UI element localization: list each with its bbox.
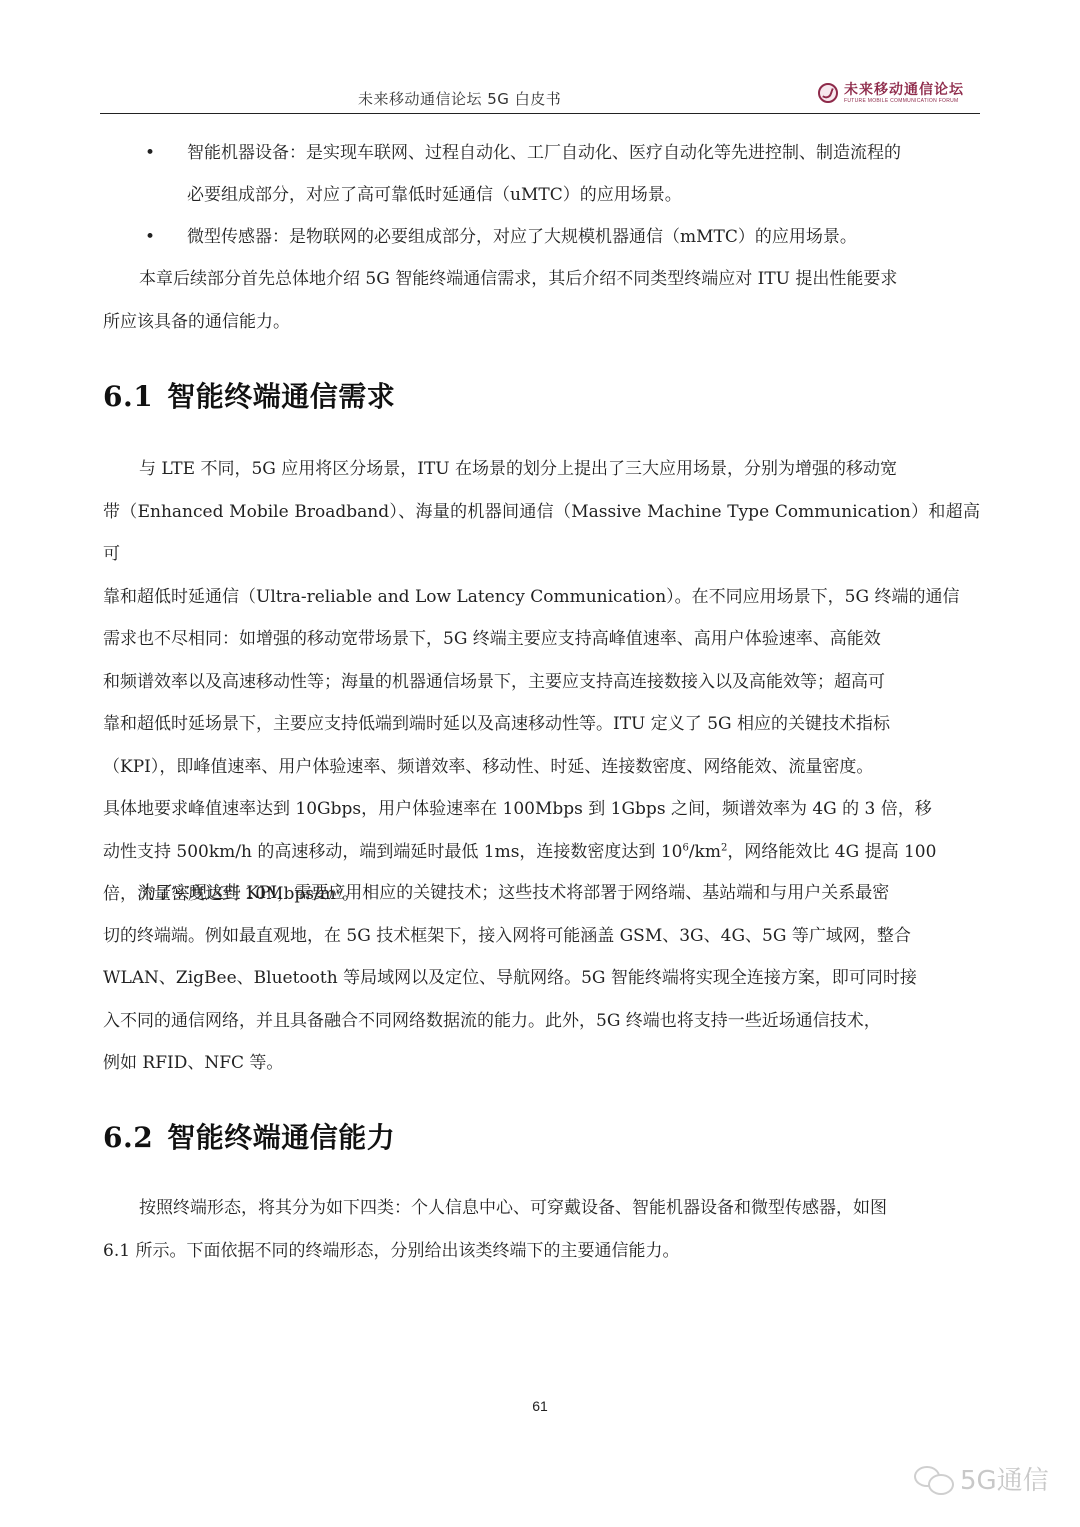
intro-paragraph: 本章后续部分首先总体地介绍 5G 智能终端通信需求，其后介绍不同类型终端应对 I… (103, 258, 980, 343)
document-page: 未来移动通信论坛 5G 白皮书 未来移动通信论坛 FUTURE MOBILE C… (0, 0, 1080, 1527)
paragraph-line: 具体地要求峰值速率达到 10Gbps，用户体验速率在 100Mbps 到 1Gb… (103, 788, 980, 831)
bullet-line: 智能机器设备：是实现车联网、过程自动化、工厂自动化、医疗自动化等先进控制、制造流… (187, 132, 980, 175)
header-divider (100, 113, 980, 114)
line-text: 与 LTE 不同，5G 应用将区分场景，ITU 在场景的划分上提出了三大应用场景… (139, 459, 897, 479)
paragraph-line: 为了实现这些 KPI，需要应用相应的关键技术；这些技术将部署于网络端、基站端和与… (103, 872, 980, 915)
wechat-watermark: 5G通信 (912, 1460, 1049, 1497)
section-heading-6-2: 6.2智能终端通信能力 (103, 1116, 395, 1156)
section-6-1-paragraph-2: 为了实现这些 KPI，需要应用相应的关键技术；这些技术将部署于网络端、基站端和与… (103, 872, 980, 1085)
paragraph-line: 入不同的通信网络，并且具备融合不同网络数据流的能力。此外，5G 终端也将支持一些… (103, 1000, 980, 1043)
page-number: 61 (0, 1398, 1080, 1414)
paragraph-line: 6.1 所示。下面依据不同的终端形态，分别给出该类终端下的主要通信能力。 (103, 1230, 980, 1273)
paragraph-line: 靠和超低时延通信（Ultra-reliable and Low Latency … (103, 576, 980, 619)
section-heading-6-1: 6.1智能终端通信需求 (103, 375, 395, 415)
paragraph-line: 切的终端端。例如最直观地，在 5G 技术框架下，接入网将可能涵盖 GSM、3G、… (103, 915, 980, 958)
forum-logo-name-en: FUTURE MOBILE COMMUNICATION FORUM (844, 99, 964, 104)
paragraph-line: 带（Enhanced Mobile Broadband）、海量的机器间通信（Ma… (103, 491, 980, 576)
section-title: 智能终端通信需求 (167, 380, 395, 413)
line-text: 动性支持 500km/h 的高速移动，端到端延时最低 1ms，连接数密度达到 1… (103, 842, 682, 862)
watermark-text: 5G通信 (960, 1460, 1049, 1497)
paragraph-line: 与 LTE 不同，5G 应用将区分场景，ITU 在场景的划分上提出了三大应用场景… (103, 448, 980, 491)
paragraph-line: 和频谱效率以及高速移动性等；海量的机器通信场景下，主要应支持高连接数接入以及高能… (103, 661, 980, 704)
paragraph-line: 需求也不尽相同：如增强的移动宽带场景下，5G 终端主要应支持高峰值速率、高用户体… (103, 618, 980, 661)
section-number: 6.1 (103, 380, 153, 413)
bullet-line: 微型传感器：是物联网的必要组成部分，对应了大规模机器通信（mMTC）的应用场景。 (187, 216, 980, 259)
running-header-title: 未来移动通信论坛 5G 白皮书 (358, 88, 561, 109)
paragraph-line: （KPI），即峰值速率、用户体验速率、频谱效率、移动性、时延、连接数密度、网络能… (103, 746, 980, 789)
forum-logo-text: 未来移动通信论坛 FUTURE MOBILE COMMUNICATION FOR… (844, 83, 964, 104)
section-6-1-paragraph-1: 与 LTE 不同，5G 应用将区分场景，ITU 在场景的划分上提出了三大应用场景… (103, 448, 980, 916)
paragraph-line: 例如 RFID、NFC 等。 (103, 1042, 980, 1085)
line-text: 为了实现这些 KPI，需要应用相应的关键技术；这些技术将部署于网络端、基站端和与… (139, 883, 889, 903)
paragraph-line: 本章后续部分首先总体地介绍 5G 智能终端通信需求，其后介绍不同类型终端应对 I… (103, 258, 980, 301)
wechat-icon (912, 1464, 956, 1494)
bullet-icon: • (145, 216, 185, 259)
forum-logo-icon (818, 83, 838, 103)
section-6-2-paragraph-1: 按照终端形态，将其分为如下四类：个人信息中心、可穿戴设备、智能机器设备和微型传感… (103, 1187, 980, 1272)
bullet-icon: • (145, 132, 185, 175)
paragraph-line: WLAN、ZigBee、Bluetooth 等局域网以及定位、导航网络。5G 智… (103, 957, 980, 1000)
forum-logo-name-cn: 未来移动通信论坛 (844, 83, 964, 97)
line-text: 本章后续部分首先总体地介绍 5G 智能终端通信需求，其后介绍不同类型终端应对 I… (139, 269, 897, 289)
section-title: 智能终端通信能力 (167, 1121, 395, 1154)
paragraph-line: 所应该具备的通信能力。 (103, 301, 980, 344)
line-text: /km (689, 842, 721, 862)
bullet-line: 必要组成部分，对应了高可靠低时延通信（uMTC）的应用场景。 (187, 174, 980, 217)
section-number: 6.2 (103, 1121, 153, 1154)
forum-logo: 未来移动通信论坛 FUTURE MOBILE COMMUNICATION FOR… (818, 78, 964, 108)
paragraph-line: 动性支持 500km/h 的高速移动，端到端延时最低 1ms，连接数密度达到 1… (103, 831, 980, 874)
line-text: ，网络能效比 4G 提高 100 (727, 842, 936, 862)
paragraph-line: 靠和超低时延场景下，主要应支持低端到端时延以及高速移动性等。ITU 定义了 5G… (103, 703, 980, 746)
paragraph-line: 按照终端形态，将其分为如下四类：个人信息中心、可穿戴设备、智能机器设备和微型传感… (103, 1187, 980, 1230)
line-text: 按照终端形态，将其分为如下四类：个人信息中心、可穿戴设备、智能机器设备和微型传感… (139, 1198, 887, 1218)
